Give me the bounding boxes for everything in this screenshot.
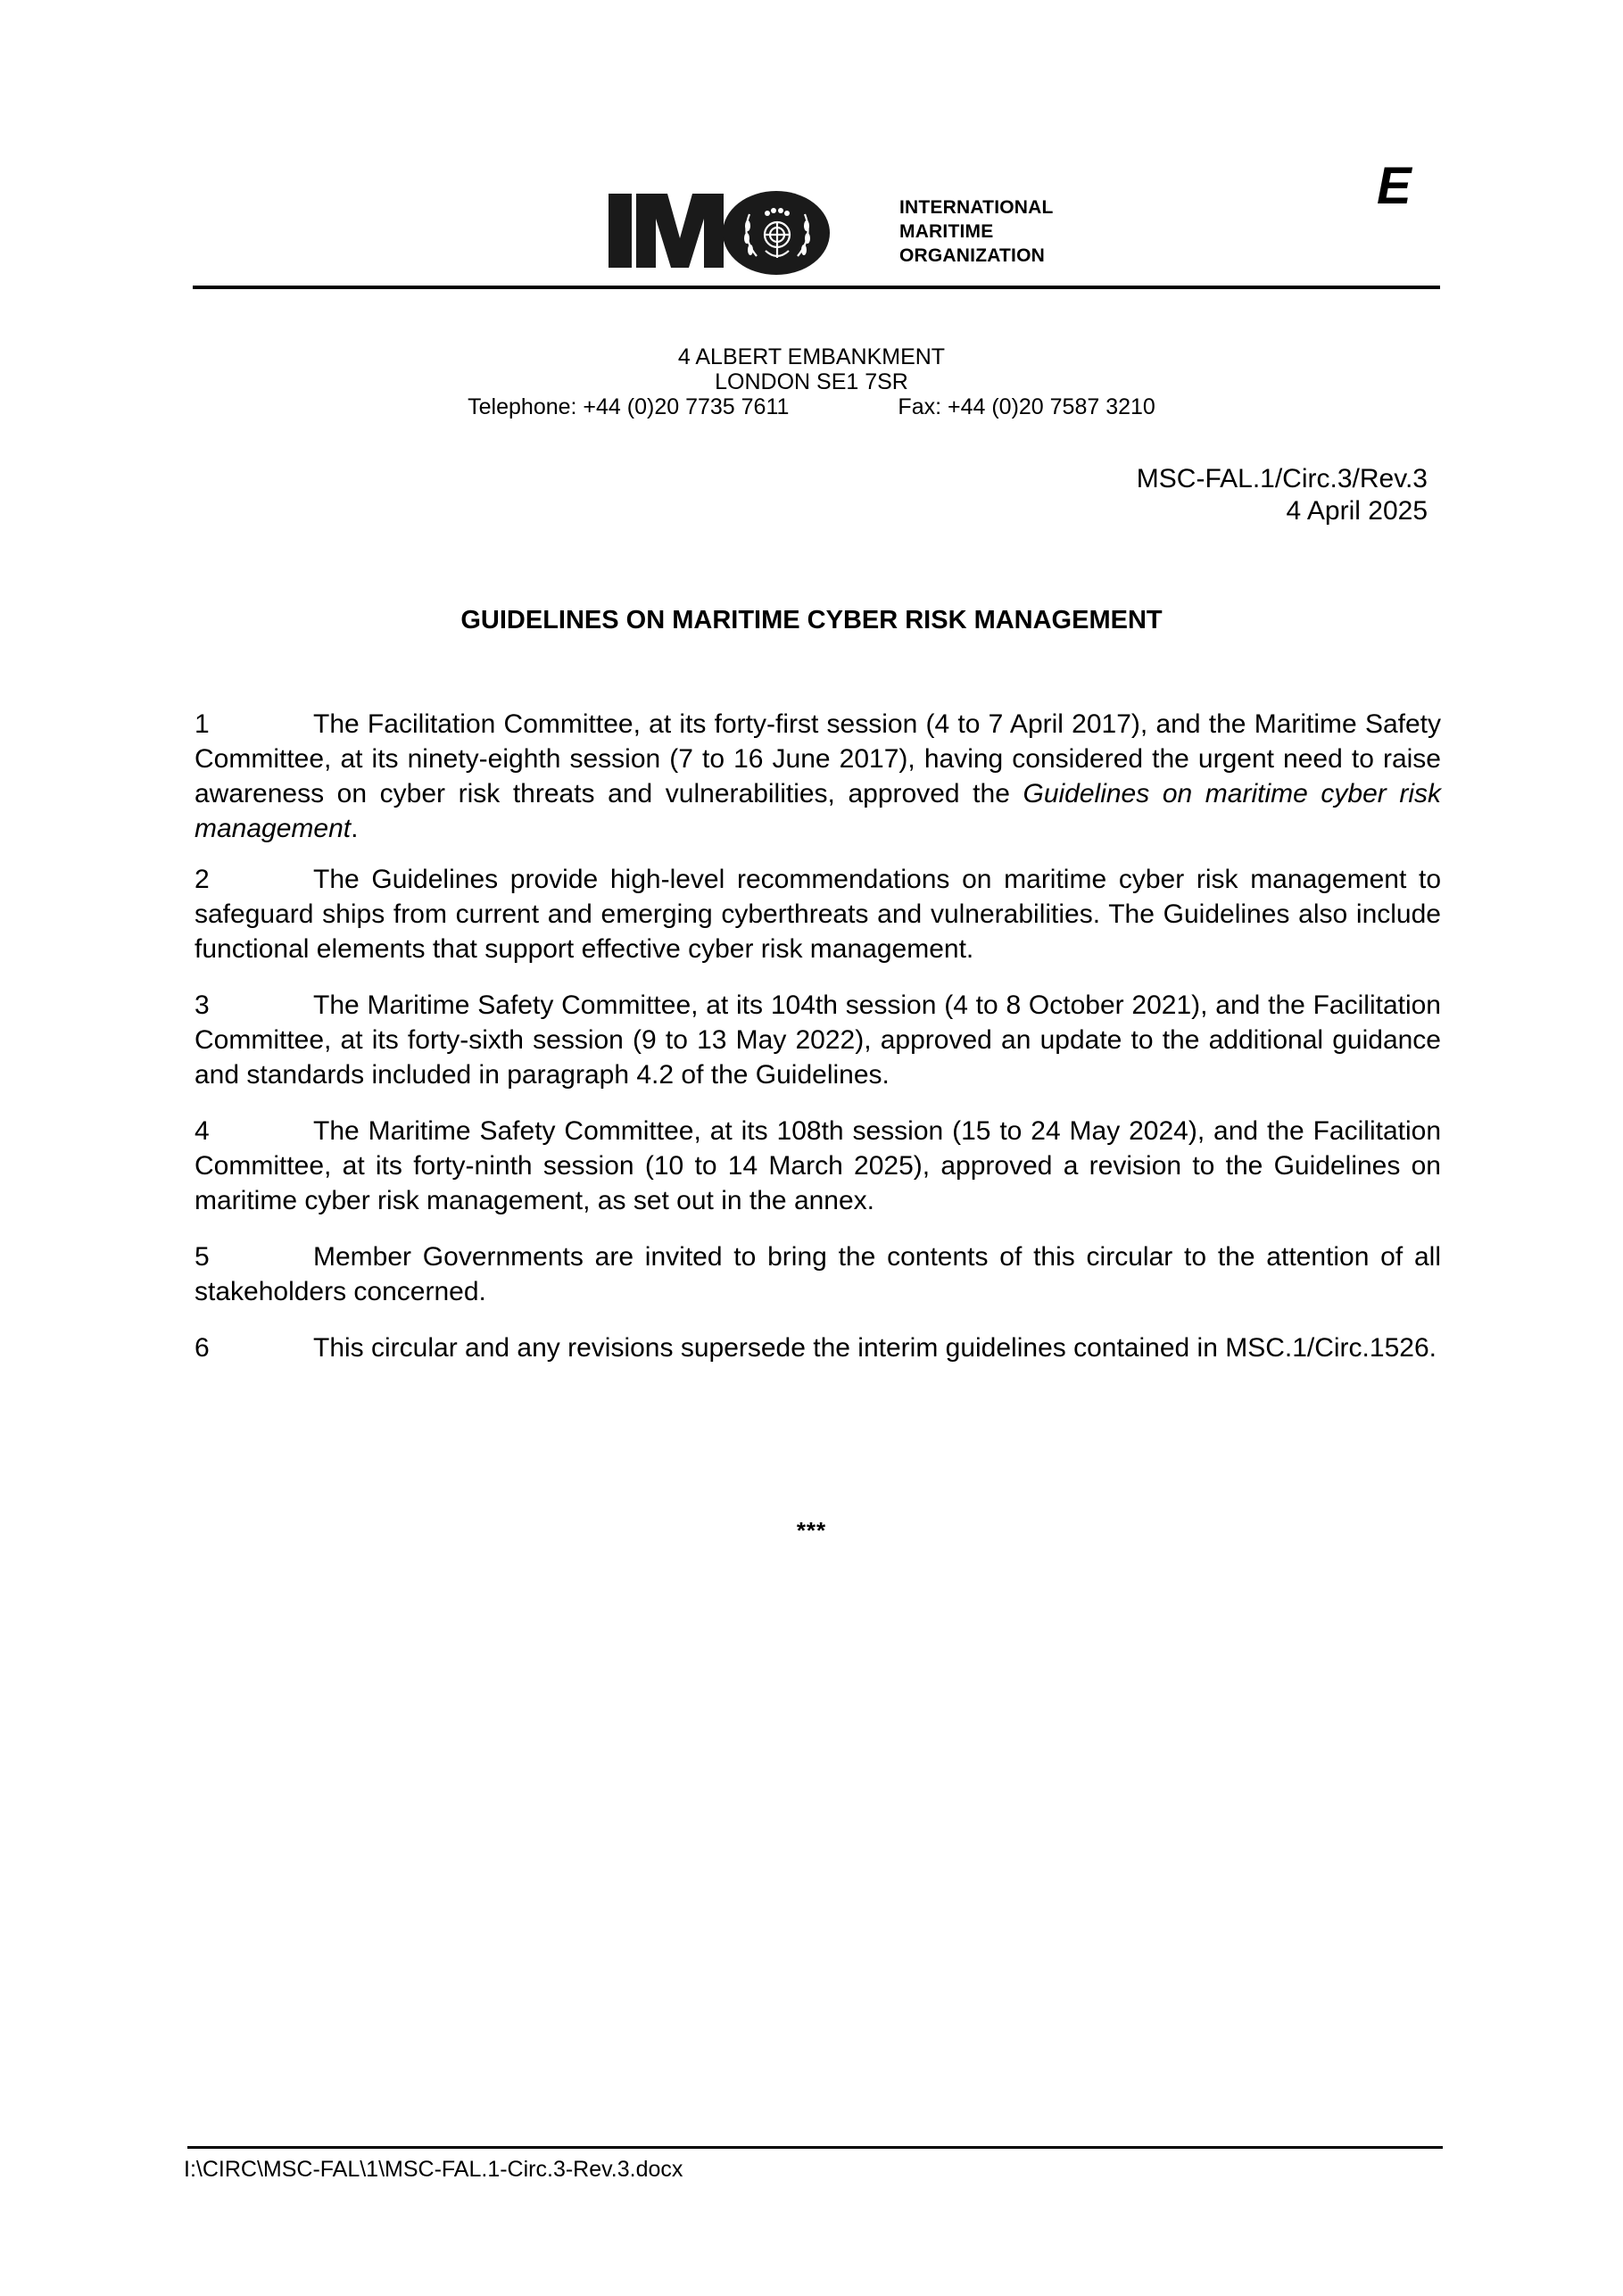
paragraph-number: 6 xyxy=(195,1330,313,1365)
paragraph-1: 1The Facilitation Committee, at its fort… xyxy=(195,707,1441,846)
address-street: 4 ALBERT EMBANKMENT xyxy=(0,344,1623,369)
paragraph-3: 3The Maritime Safety Committee, at its 1… xyxy=(195,988,1441,1092)
paragraph-4: 4The Maritime Safety Committee, at its 1… xyxy=(195,1114,1441,1218)
footer-file-path: I:\CIRC\MSC-FAL\1\MSC-FAL.1-Circ.3-Rev.3… xyxy=(184,2156,683,2183)
paragraph-number: 1 xyxy=(195,707,313,742)
paragraph-text: The Maritime Safety Committee, at its 10… xyxy=(195,1116,1441,1215)
paragraph-number: 2 xyxy=(195,862,313,897)
imo-wordmark-icon xyxy=(607,183,839,277)
language-badge: E xyxy=(1377,161,1412,212)
document-body: 1The Facilitation Committee, at its fort… xyxy=(195,707,1441,1365)
address-block: 4 ALBERT EMBANKMENT LONDON SE1 7SR Telep… xyxy=(0,344,1623,419)
paragraph-6: 6This circular and any revisions superse… xyxy=(195,1330,1441,1365)
address-city: LONDON SE1 7SR xyxy=(0,369,1623,394)
document-date: 4 April 2025 xyxy=(1137,495,1428,527)
paragraph-number: 5 xyxy=(195,1239,313,1274)
paragraph-text: This circular and any revisions supersed… xyxy=(313,1333,1437,1363)
end-marker: *** xyxy=(0,1517,1623,1545)
paragraph-text: The Maritime Safety Committee, at its 10… xyxy=(195,991,1441,1090)
paragraph-end: . xyxy=(351,814,358,843)
paragraph-5: 5Member Governments are invited to bring… xyxy=(195,1239,1441,1309)
org-line-3: ORGANIZATION xyxy=(899,244,1054,268)
imo-logo: INTERNATIONAL MARITIME ORGANIZATION xyxy=(607,183,1106,277)
organization-name: INTERNATIONAL MARITIME ORGANIZATION xyxy=(899,195,1054,268)
telephone: Telephone: +44 (0)20 7735 7611 xyxy=(468,394,789,419)
contact-line: Telephone: +44 (0)20 7735 7611 Fax: +44 … xyxy=(0,394,1623,419)
paragraph-text: Member Governments are invited to bring … xyxy=(195,1242,1441,1306)
fax: Fax: +44 (0)20 7587 3210 xyxy=(898,394,1155,419)
header-divider xyxy=(193,286,1440,289)
document-reference: MSC-FAL.1/Circ.3/Rev.3 xyxy=(1137,463,1428,495)
paragraph-number: 3 xyxy=(195,988,313,1023)
paragraph-number: 4 xyxy=(195,1114,313,1148)
footer-divider xyxy=(187,2146,1443,2149)
org-line-2: MARITIME xyxy=(899,220,1054,244)
org-line-1: INTERNATIONAL xyxy=(899,195,1054,220)
paragraph-2: 2The Guidelines provide high-level recom… xyxy=(195,862,1441,966)
document-title: GUIDELINES ON MARITIME CYBER RISK MANAGE… xyxy=(0,604,1623,636)
document-reference-block: MSC-FAL.1/Circ.3/Rev.3 4 April 2025 xyxy=(1137,463,1428,527)
paragraph-text: The Guidelines provide high-level recomm… xyxy=(195,865,1441,964)
